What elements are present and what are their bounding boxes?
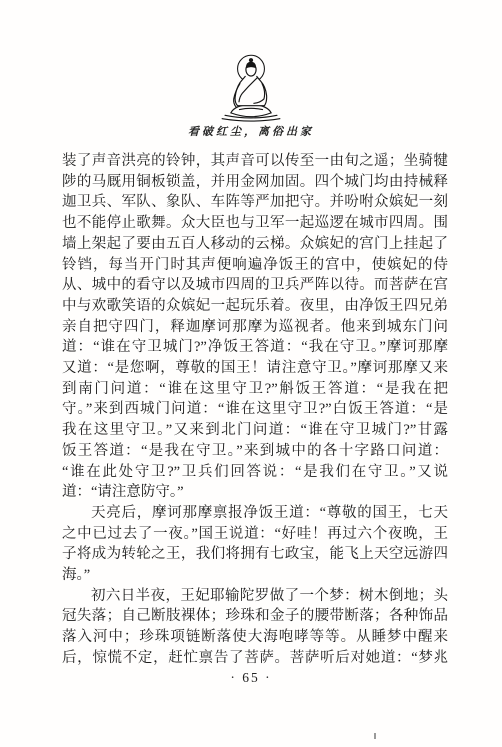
text-line: 落入河中；珍珠项链断落使大海咆哮等等。从睡梦中醒来 <box>62 627 448 648</box>
text-line: 天亮后，摩诃那摩禀报净饭王道：“尊敬的国王，七天 <box>62 503 448 524</box>
buddha-illustration <box>0 50 502 122</box>
text-line: 又道：“是您啊，尊敬的国王！请注意守卫。”摩诃那摩又来 <box>62 358 448 379</box>
text-line: 之中已过去了一夜。”国王说道：“好哇！再过六个夜晚，王 <box>62 524 448 545</box>
text-line: 到南门问道：“谁在这里守卫?”斛饭王答道：“是我在把 <box>62 379 448 400</box>
text-line: 后，惊慌不定，赶忙禀告了菩萨。菩萨听后对她道：“梦兆 <box>62 648 448 669</box>
text-line: 饭王答道：“是我在守卫。”来到城中的各十字路口问道： <box>62 441 448 462</box>
text-line: 海。” <box>62 565 448 586</box>
text-line: 守。”来到西城门问道：“谁在这里守卫?”白饭王答道：“是 <box>62 399 448 420</box>
text-line: 迦卫兵、军队、象队、车阵等严加把守。并吩咐众嫔妃一刻 <box>62 192 448 213</box>
book-page: 看破红尘，离俗出家 装了声音洪亮的铃钟，其声音可以传至一由旬之遥；坐骑犍陟的马厩… <box>0 0 502 747</box>
page-number: · 65 · <box>0 670 502 686</box>
text-line: 墙上架起了要由五百人移动的云梯。众嫔妃的宫门上挂起了 <box>62 234 448 255</box>
body-text: 装了声音洪亮的铃钟，其声音可以传至一由旬之遥；坐骑犍陟的马厩用铜板锁盖，并用金网… <box>62 151 448 669</box>
text-line: 子将成为转轮之王，我们将拥有七政宝，能飞上天空远游四 <box>62 544 448 565</box>
text-line: 也不能停止歌舞。众大臣也与卫军一起巡逻在城市四周。围 <box>62 213 448 234</box>
scan-artifact <box>374 733 376 739</box>
illustration-caption: 看破红尘，离俗出家 <box>0 123 502 139</box>
text-line: 铃铛，每当开门时其声便响遍净饭王的宫中，使嫔妃的侍 <box>62 255 448 276</box>
text-line: 亲自把守四门，释迦摩诃那摩为巡视者。他来到城东门问 <box>62 317 448 338</box>
text-line: 我在这里守卫。”又来到北门问道：“谁在守卫城门?”甘露 <box>62 420 448 441</box>
text-line: 装了声音洪亮的铃钟，其声音可以传至一由旬之遥；坐骑犍 <box>62 151 448 172</box>
text-line: “谁在此处守卫?”卫兵们回答说：“是我们在守卫。”又说 <box>62 462 448 483</box>
text-line: 初六日半夜，王妃耶输陀罗做了一个梦：树木倒地；头 <box>62 586 448 607</box>
text-line: 陟的马厩用铜板锁盖，并用金网加固。四个城门均由持械释 <box>62 172 448 193</box>
text-line: 冠失落；自己断肢裸体；珍珠和金子的腰带断落；各种饰品 <box>62 606 448 627</box>
text-line: 道：“谁在守卫城门?”净饭王答道：“我在守卫。”摩诃那摩 <box>62 337 448 358</box>
text-line: 道：“请注意防守。” <box>62 482 448 503</box>
text-line: 中与欢歌笑语的众嫔妃一起玩乐着。夜里，由净饭王四兄弟 <box>62 296 448 317</box>
text-line: 从、城中的看守以及城市四周的卫兵严阵以待。而菩萨在宫 <box>62 275 448 296</box>
seated-buddha-icon <box>203 50 299 122</box>
